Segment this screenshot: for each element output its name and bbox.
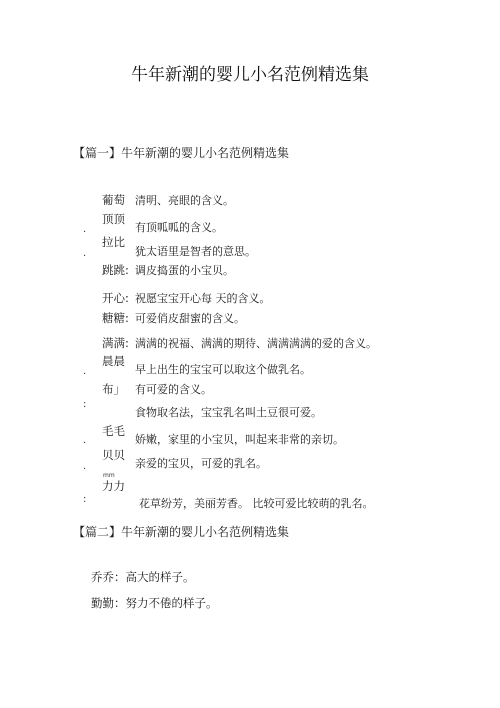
entry-line: 乔乔：高大的样子。 — [91, 572, 195, 584]
colon-marker: : — [83, 400, 86, 410]
document-page: 牛年新潮的婴儿小名范例精选集 【篇一】牛年新潮的婴儿小名范例精选集 葡萄 清明、… — [0, 0, 500, 708]
entry-name: 满满: — [102, 338, 129, 350]
entry-desc: 祝愿宝宝开心每 天的含义。 — [135, 293, 271, 304]
colon-marker: : — [83, 495, 86, 505]
entry-name: 力力 — [102, 481, 125, 493]
entry-name: 跳跳: — [102, 265, 129, 277]
entry-name: 毛毛 — [102, 426, 125, 438]
bullet-marker: · — [83, 370, 86, 380]
entry-name: 葡萄 — [102, 195, 125, 207]
section-heading-2: 【篇二】牛年新潮的婴儿小名范例精选集 — [73, 526, 289, 538]
entry-name: 布」 — [102, 384, 125, 396]
entry-line: 勤勤：努力不倦的样子。 — [91, 598, 218, 610]
entry-desc: 早上出生的宝宝可以取这个做乳名。 — [135, 364, 311, 375]
entry-desc: 食物取名法，宝宝乳名叫土豆很可爱。 — [135, 407, 322, 418]
entry-desc: 犹太语里是智者的意思。 — [135, 246, 256, 257]
bullet-marker: · — [83, 228, 86, 238]
entry-desc: 娇嫩，家里的小宝贝，叫起来非常的亲切。 — [135, 434, 344, 445]
entry-desc: 清明、亮眼的含义。 — [135, 195, 234, 206]
entry-name: 贝贝 — [102, 450, 125, 462]
entry-name: 顶顶 — [102, 214, 125, 226]
bullet-marker: · — [83, 252, 86, 262]
entry-desc: 调皮捣蛋的小宝贝。 — [135, 265, 234, 276]
entry-name: 糖糖: — [102, 313, 129, 325]
bullet-marker: · — [83, 465, 86, 475]
entry-desc: 亲爱的宝贝，可爱的乳名。 — [135, 458, 267, 469]
entry-name: 晨晨 — [102, 356, 125, 368]
bullet-marker: · — [83, 439, 86, 449]
entry-desc: 可爱俏皮甜蜜的含义。 — [135, 313, 245, 324]
entry-name: 拉比 — [102, 237, 125, 249]
section-heading-1: 【篇一】牛年新潮的婴儿小名范例精选集 — [73, 147, 289, 159]
document-title: 牛年新潮的婴儿小名范例精选集 — [0, 67, 500, 84]
entry-desc: 满满的祝福、满满的期待、满满满满的爱的含义。 — [135, 338, 377, 349]
entry-desc: 花草纷芳，美丽芳香。 比较可爱比较萌的乳名。 — [139, 498, 374, 509]
entry-name: 开心: — [102, 293, 129, 305]
entry-desc: 有可爱的含义。 — [135, 384, 212, 395]
entry-desc: 有顶呱呱的含义。 — [135, 222, 223, 233]
